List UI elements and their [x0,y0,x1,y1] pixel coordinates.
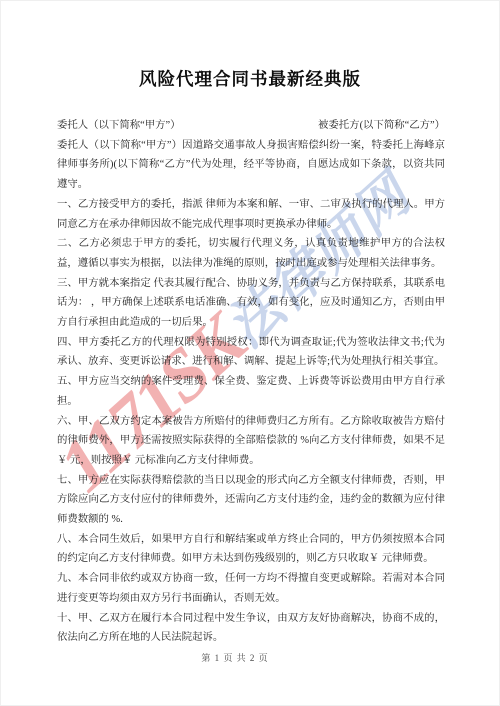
clause-8: 八、本合同生效后，如果甲方自行和解结案或单方终止合同的，甲方仍须按照本合同的约定… [57,530,445,569]
document-title: 风险代理合同书最新经典版 [0,0,500,92]
clause-9: 九、本合同非依约或双方协商一致，任何一方均不得擅自变更或解除。若需对本合同进行变… [57,569,445,608]
clause-4: 四、甲方委托乙方的代理权限为特别授权：即代为调查取证;代为签收法律文书;代为承认… [57,333,445,372]
clause-6: 六、甲、乙双方约定本案被告方所赔付的律师费归乙方所有。乙方除收取被告方赔付的律师… [57,412,445,471]
clause-5: 五、甲方应当交纳的案件受理费、保全费、鉴定费、上诉费等诉讼费用由甲方自行承担。 [57,372,445,411]
parties-line: 委托人（以下简称“甲方”） 被委托方(以下简称“乙方”） [57,116,445,136]
party-b-label: 被委托方(以下简称“乙方”） [318,116,445,136]
intro-paragraph: 委托人（以下简称“甲方”）因道路交通事故人身损害赔偿纠纷一案，特委托上海峰京律师… [57,136,445,195]
contract-document-page: 1171SK法律师网 风险代理合同书最新经典版 委托人（以下简称“甲方”） 被委… [0,0,500,706]
clause-3: 三、甲方就本案指定 代表其履行配合、协助义务，并负责与乙方保持联系，其联系电话为… [57,274,445,333]
page-number-footer: 第 1 页 共 2 页 [0,651,470,664]
contract-body: 委托人（以下简称“甲方”） 被委托方(以下简称“乙方”） 委托人（以下简称“甲方… [0,116,500,648]
clause-10: 十、甲、乙双方在履行本合同过程中发生争议，由双方友好协商解决，协商不成的，依法向… [57,609,445,648]
clause-1: 一、乙方接受甲方的委托，指派 律师为本案和解、一审、二审及执行的代理人。甲方同意… [57,195,445,234]
party-a-label: 委托人（以下简称“甲方”） [57,116,181,136]
clause-2: 二、乙方必须忠于甲方的委托，切实履行代理义务，认真负责地维护甲方的合法权益，遵循… [57,234,445,273]
clause-7: 七、甲方应在实际获得赔偿款的当日以现金的形式向乙方全额支付律师费，否则，甲方除应… [57,471,445,530]
